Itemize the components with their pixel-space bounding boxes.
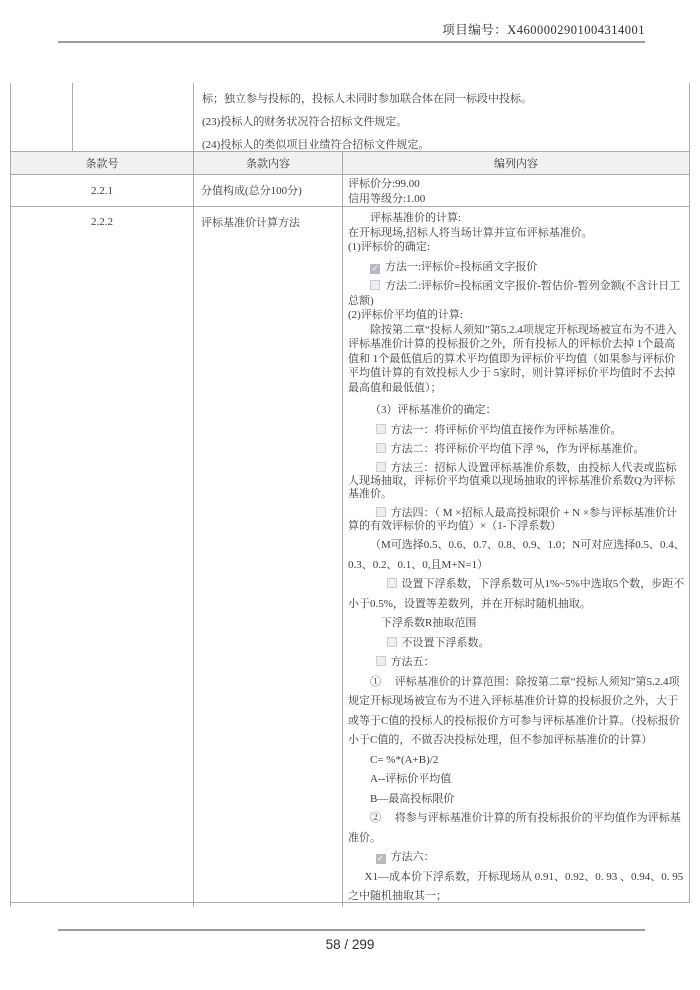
clause-table: 标；独立参与投标的，投标人未同时参加联合体在同一标段中投标。(23)投标人的财务…	[10, 83, 690, 903]
column-header-clause-no: 条款号	[10, 152, 193, 174]
content-line: C= %*(A+B)/2	[348, 751, 685, 771]
checkbox-unchecked-icon[interactable]	[376, 507, 386, 517]
checkbox-unchecked-icon[interactable]	[376, 424, 386, 434]
content-line: (23)投标人的财务状况符合招标文件规定。	[202, 111, 681, 134]
continued-content: 标；独立参与投标的，投标人未同时参加联合体在同一标段中投标。(23)投标人的财务…	[193, 83, 689, 151]
content-line: 方法二:评标价=投标函文字报价-暂估价-暂列金额(不含计日工总额)	[348, 279, 685, 308]
clause-content: 评标价分:99.00信用等级分:1.00	[342, 175, 689, 206]
clause-title: 评标基准价计算方法	[193, 207, 342, 907]
content-line: B—最高投标限价	[348, 790, 685, 810]
checkbox-checked-icon[interactable]: ✓	[370, 264, 380, 274]
content-line: （3）评标基准价的确定：	[348, 404, 685, 417]
column-header-clause-content: 条款内容	[193, 152, 342, 174]
content-line: 下浮系数R抽取范围	[348, 614, 685, 634]
clause-content: 评标基准价的计算:在开标现场,招标人将当场计算并宣布评标基准价。(1)评标价的确…	[342, 207, 689, 907]
content-line: (24)投标人的类似项目业绩符合招标文件规定。	[202, 134, 681, 151]
table-header-row: 条款号 条款内容 编列内容	[10, 152, 689, 175]
content-line: 方法四：（ M ×招标人最高投标限价 + N ×参与评标基准价计算的有效评标价的…	[348, 507, 685, 533]
content-line: (2)评标价平均值的计算:	[348, 308, 685, 323]
checkbox-checked-icon[interactable]: ✓	[376, 854, 386, 864]
content-line: 方法三：招标人设置评标基准价系数，由投标人代表或监标人现场抽取，评标价平均值乘以…	[348, 462, 685, 501]
content-line: (1)评标价的确定:	[348, 240, 685, 255]
content-line: ② 将参与评标基准价计算的所有投标报价的平均值作为评标基准价。	[348, 809, 685, 848]
column-header-listed-content: 编列内容	[342, 152, 689, 174]
content-line: 在开标现场,招标人将当场计算并宣布评标基准价。	[348, 226, 685, 241]
content-line: （M可选择0.5、0.6、0.7、0.8、0.9、1.0；N可对应选择0.5、0…	[348, 536, 685, 575]
continued-cell-empty-2	[72, 83, 193, 151]
table-row: 2.2.2 评标基准价计算方法 评标基准价的计算:在开标现场,招标人将当场计算并…	[10, 207, 689, 907]
table-row-continued: 标；独立参与投标的，投标人未同时参加联合体在同一标段中投标。(23)投标人的财务…	[10, 83, 689, 152]
content-line: 信用等级分:1.00	[348, 192, 685, 206]
content-line: ✓方法六：	[348, 848, 685, 868]
footer-rule	[58, 929, 645, 931]
content-line: A--评标价平均值	[348, 770, 685, 790]
clause-number: 2.2.1	[10, 175, 193, 206]
content-line: 标；独立参与投标的，投标人未同时参加联合体在同一标段中投标。	[202, 88, 681, 111]
checkbox-unchecked-icon[interactable]	[387, 637, 397, 647]
content-line: 评标价分:99.00	[348, 177, 685, 192]
checkbox-unchecked-icon[interactable]	[376, 656, 386, 666]
clause-title: 分值构成(总分100分)	[193, 175, 342, 206]
clause-number: 2.2.2	[10, 207, 193, 907]
content-line: ✓方法一:评标价=投标函文字报价	[348, 260, 685, 275]
content-line: ① 评标基准价的计算范围：除按第二章“投标人须知”第5.2.4项规定开标现场被宣…	[348, 673, 685, 751]
table-row: 2.2.1 分值构成(总分100分) 评标价分:99.00信用等级分:1.00	[10, 175, 689, 207]
page-number: 58 / 299	[0, 937, 700, 952]
project-number: 项目编号：X4600002901004314001	[58, 20, 645, 43]
checkbox-unchecked-icon[interactable]	[376, 462, 386, 472]
checkbox-unchecked-icon[interactable]	[376, 443, 386, 453]
content-line: 方法二：将评标价平均值下浮 %，作为评标基准价。	[348, 443, 685, 456]
continued-cell-empty-1	[10, 83, 72, 151]
content-line: 方法一：将评标价平均值直接作为评标基准价。	[348, 424, 685, 437]
content-line: 除按第二章“投标人须知”第5.2.4项规定开标现场被宣布为不进入评标基准价计算的…	[348, 323, 685, 396]
content-line: X1—成本价下浮系数，开标现场从 0.91、0.92、0. 93 、0.94、0…	[348, 868, 685, 907]
content-line: 设置下浮系数，下浮系数可从1%~5%中选取5个数，步距不小于0.5%，设置等差数…	[348, 575, 685, 614]
content-line: 评标基准价的计算:	[348, 211, 685, 226]
checkbox-unchecked-icon[interactable]	[370, 280, 380, 290]
content-line: 方法五：	[348, 653, 685, 673]
checkbox-unchecked-icon[interactable]	[387, 578, 397, 588]
content-line: 不设置下浮系数。	[348, 634, 685, 654]
